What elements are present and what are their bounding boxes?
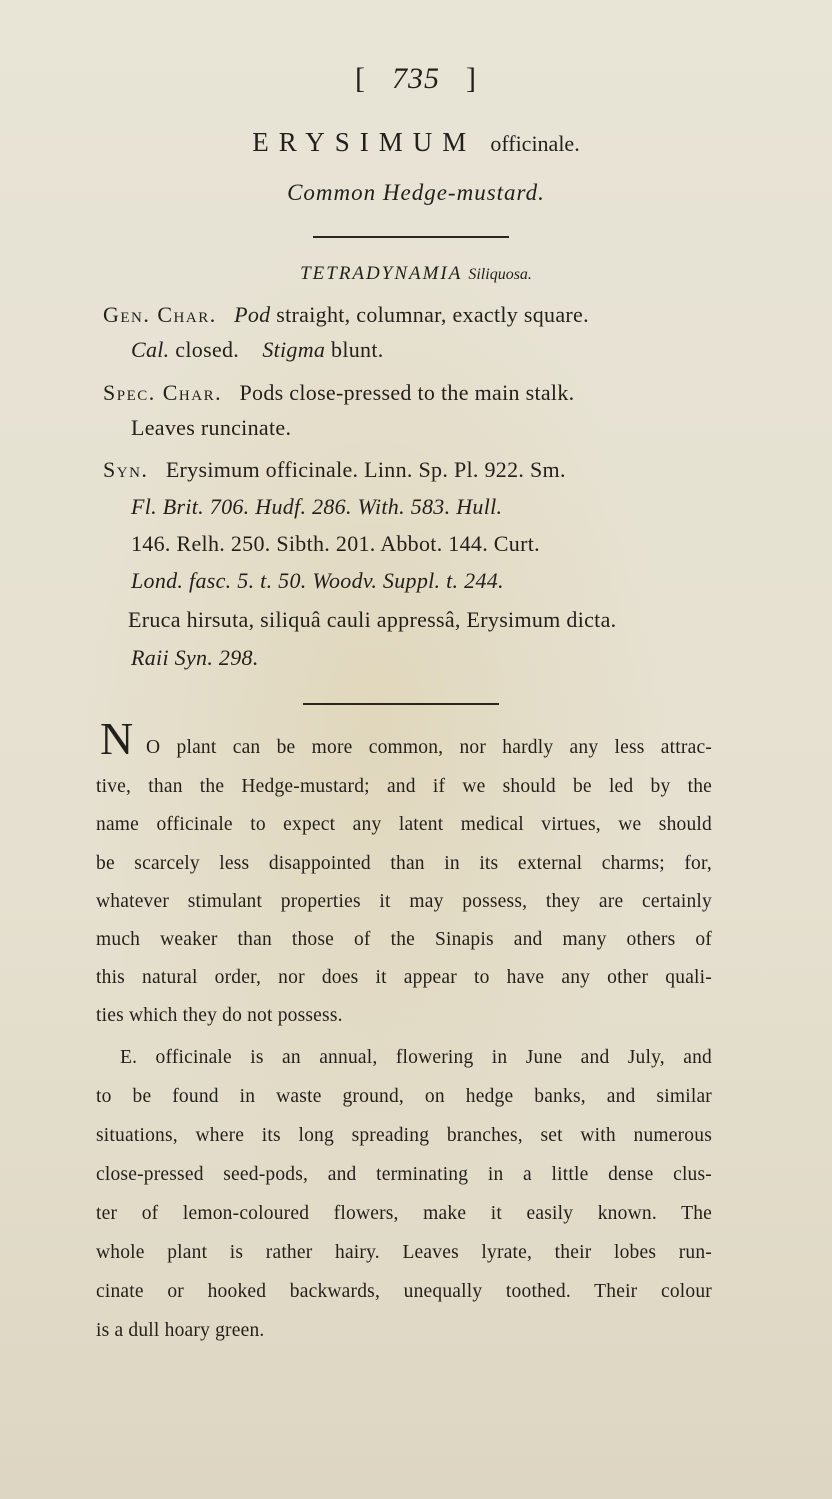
body-line: ter of lemon-coloured flowers, make it e… (96, 1203, 712, 1225)
ray-synonym-line1: Eruca hirsuta, siliquâ cauli appressâ, E… (128, 607, 616, 633)
cal-term: Cal. (131, 337, 170, 362)
order-name: Siliquosa. (468, 266, 532, 283)
body-line: tive, than the Hedge-mustard; and if we … (96, 776, 712, 798)
species-name: officinale. (490, 131, 579, 156)
body-line: name officinale to expect any latent med… (96, 814, 712, 836)
pod-term: Pod (234, 302, 270, 327)
book-page: [735] ERYSIMUMofficinale. Common Hedge-m… (0, 0, 832, 1499)
common-name: Common Hedge-mustard. (0, 180, 832, 206)
divider-rule (303, 703, 499, 705)
page-title: ERYSIMUMofficinale. (0, 127, 832, 158)
body-line: ties which they do not possess. (96, 1005, 343, 1027)
syn-text: Erysimum officinale. Linn. Sp. Pl. 922. … (166, 457, 566, 482)
linnaean-class: TETRADYNAMIASiliquosa. (0, 263, 832, 285)
generic-character-line1: Gen. Char. Pod straight, columnar, exact… (103, 302, 719, 328)
drop-cap: N (100, 716, 133, 762)
body-line: whatever stimulant properties it may pos… (96, 891, 712, 913)
syn-label: Syn. (103, 457, 148, 482)
body-line: this natural order, nor does it appear t… (96, 967, 712, 989)
body-line: cinate or hooked backwards, unequally to… (96, 1281, 712, 1303)
page-number: [735] (0, 62, 832, 96)
ray-synonym-line2: Raii Syn. 298. (131, 645, 259, 671)
specific-character-line2: Leaves runcinate. (131, 415, 291, 441)
body-line: E. officinale is an annual, flowering in… (120, 1047, 712, 1069)
bracket-close: ] (466, 62, 477, 95)
bracket-open: [ (355, 62, 366, 95)
divider-rule (313, 236, 509, 238)
class-name: TETRADYNAMIA (300, 263, 462, 284)
body-line: whole plant is rather hairy. Leaves lyra… (96, 1242, 712, 1264)
gen-char-text: straight, columnar, exactly square. (270, 302, 588, 327)
stigma-term: Stigma (262, 337, 325, 362)
body-line: much weaker than those of the Sinapis an… (96, 929, 712, 951)
genus-name: ERYSIMUM (252, 127, 476, 157)
body-line: is a dull hoary green. (96, 1320, 264, 1342)
spec-char-text: Pods close-pressed to the main stalk. (240, 380, 575, 405)
body-line: to be found in waste ground, on hedge ba… (96, 1086, 712, 1108)
synonyms-line1: Syn. Erysimum officinale. Linn. Sp. Pl. … (103, 457, 566, 483)
specific-character-line1: Spec. Char. Pods close-pressed to the ma… (103, 380, 574, 406)
synonyms-line4: Lond. fasc. 5. t. 50. Woodv. Suppl. t. 2… (131, 568, 504, 594)
stigma-text: blunt. (325, 337, 383, 362)
body-line: be scarcely less disappointed than in it… (96, 853, 712, 875)
synonyms-line2: Fl. Brit. 706. Hudf. 286. With. 583. Hul… (131, 494, 502, 520)
body-line: close-pressed seed-pods, and terminating… (96, 1164, 712, 1186)
spec-char-label: Spec. Char. (103, 380, 222, 405)
page-number-value: 735 (392, 62, 440, 95)
cal-text: closed. (170, 337, 240, 362)
body-line: situations, where its long spreading bra… (96, 1125, 712, 1147)
gen-char-label: Gen. Char. (103, 302, 217, 327)
generic-character-line2: Cal. closed. Stigma blunt. (131, 337, 384, 363)
body-line: O plant can be more common, nor hardly a… (146, 737, 712, 759)
synonyms-line3: 146. Relh. 250. Sibth. 201. Abbot. 144. … (131, 531, 540, 557)
